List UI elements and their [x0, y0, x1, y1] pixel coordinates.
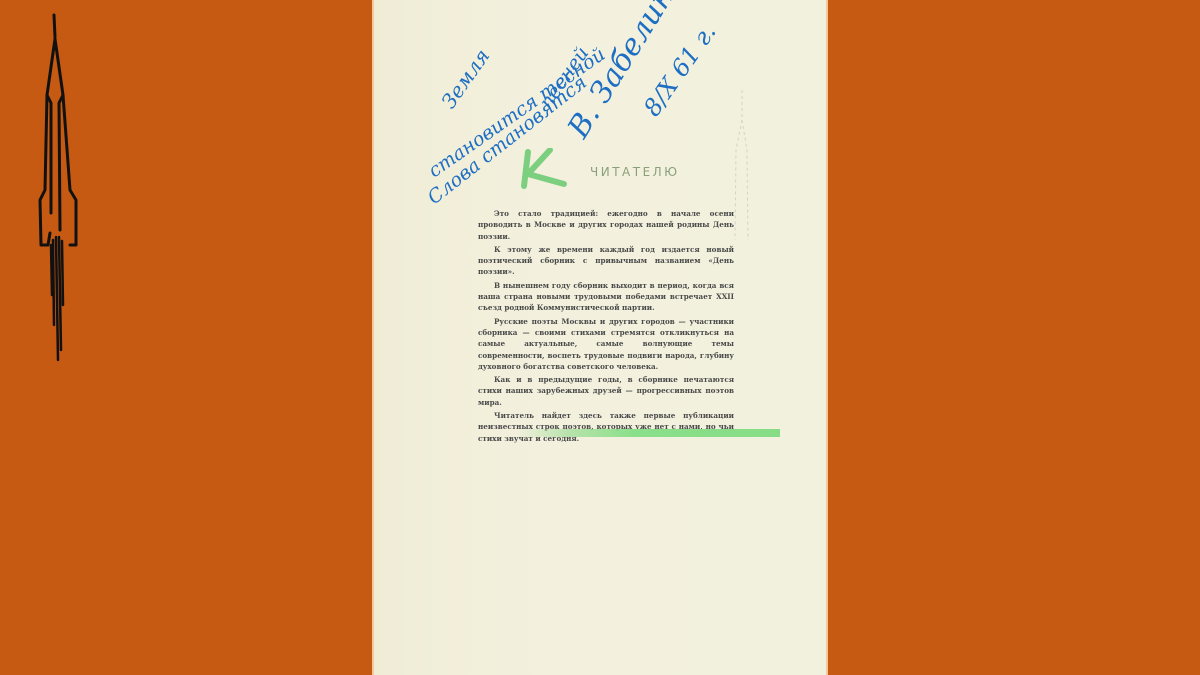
paragraph: Как и в предыдущие годы, в сборнике печа… [478, 374, 734, 408]
section-heading: ЧИТАТЕЛЮ [518, 148, 818, 198]
initial-letter-k [518, 148, 568, 192]
book-page: Земля становится тесной Слова становятся… [372, 0, 828, 675]
decorative-green-rule [517, 429, 780, 437]
paragraph: Это стало традицией: ежегодно в начале о… [478, 208, 734, 242]
paragraph: Русские поэты Москвы и других городов — … [478, 316, 734, 372]
paragraph: К этому же времени каждый год издается н… [478, 244, 734, 278]
heading-title: ЧИТАТЕЛЮ [590, 165, 680, 179]
rocket-icon [30, 5, 94, 365]
paragraph: Читатель найдет здесь также первые публи… [478, 410, 734, 444]
inscription-line-1: Земля [436, 44, 494, 113]
preface-text: Это стало традицией: ежегодно в начале о… [478, 208, 734, 444]
paragraph: В нынешнем году сборник выходит в период… [478, 280, 734, 314]
